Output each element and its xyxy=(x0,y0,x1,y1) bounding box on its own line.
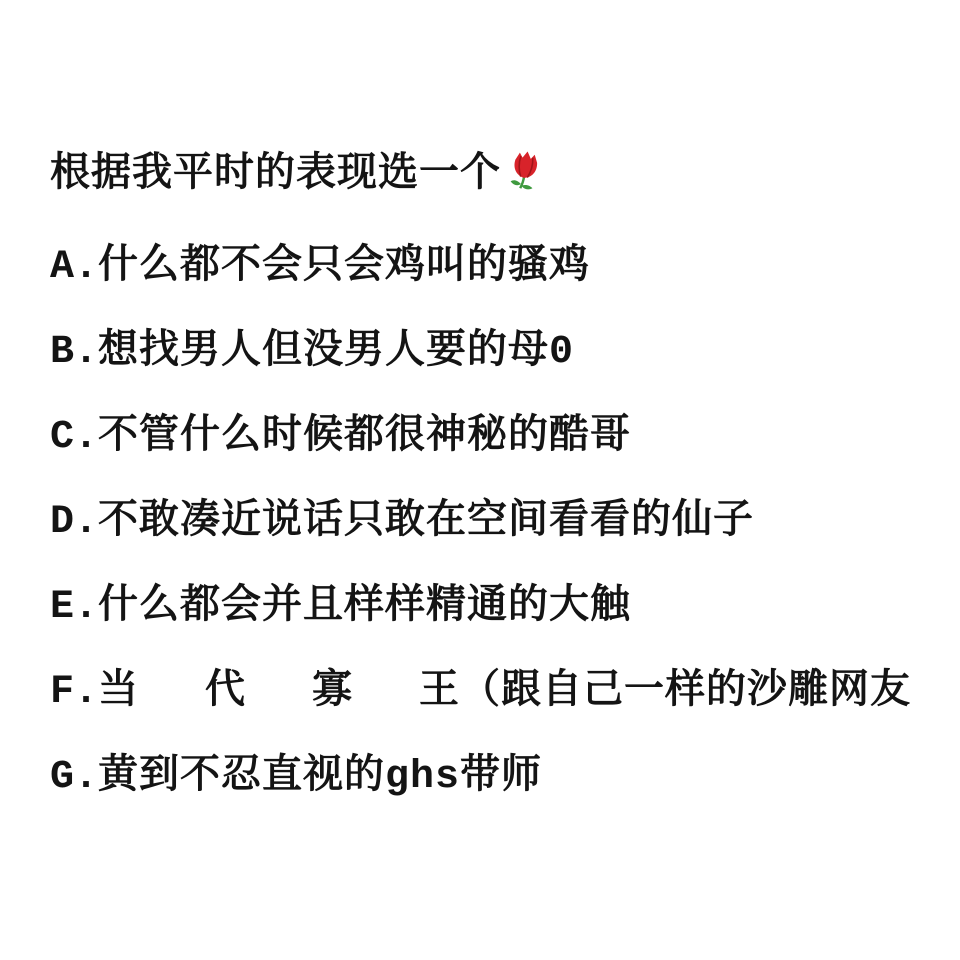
option-text: 什么都会并且样样精通的大触 xyxy=(98,585,631,630)
option-text: 想找男人但没男人要的母0 xyxy=(98,330,574,375)
option-row-g: G.黄到不忍直视的ghs带师 xyxy=(50,754,920,802)
option-letter: D. xyxy=(50,500,98,545)
option-letter: F. xyxy=(50,670,98,715)
option-text: 什么都不会只会鸡叫的骚鸡 xyxy=(98,245,590,290)
option-text: 当 代 寡 王（跟自己一样的沙雕网友 xyxy=(98,670,911,715)
quiz-title-text: 根据我平时的表现选一个 xyxy=(50,153,501,198)
option-letter: B. xyxy=(50,330,98,375)
option-row-e: E.什么都会并且样样精通的大触 xyxy=(50,584,920,632)
option-letter: G. xyxy=(50,755,98,800)
option-text: 不敢凑近说话只敢在空间看看的仙子 xyxy=(98,500,754,545)
option-row-b: B.想找男人但没男人要的母0 xyxy=(50,329,920,377)
option-row-c: C.不管什么时候都很神秘的酷哥 xyxy=(50,414,920,462)
option-list: A.什么都不会只会鸡叫的骚鸡 B.想找男人但没男人要的母0 C.不管什么时候都很… xyxy=(50,244,920,802)
option-row-f: F.当 代 寡 王（跟自己一样的沙雕网友 xyxy=(50,669,920,717)
option-letter: E. xyxy=(50,585,98,630)
quiz-content: 根据我平时的表现选一个 A.什么都不会只会鸡叫的骚鸡 B.想找男人但没男人要的母… xyxy=(0,0,960,802)
rose-emoji-icon xyxy=(503,148,547,192)
option-row-d: D.不敢凑近说话只敢在空间看看的仙子 xyxy=(50,499,920,547)
quiz-card: 根据我平时的表现选一个 A.什么都不会只会鸡叫的骚鸡 B.想找男人但没男人要的母… xyxy=(0,0,960,960)
option-text: 黄到不忍直视的ghs带师 xyxy=(98,755,542,800)
option-letter: A. xyxy=(50,245,98,290)
option-letter: C. xyxy=(50,415,98,460)
option-row-a: A.什么都不会只会鸡叫的骚鸡 xyxy=(50,244,920,292)
quiz-title: 根据我平时的表现选一个 xyxy=(50,148,920,200)
option-text: 不管什么时候都很神秘的酷哥 xyxy=(98,415,631,460)
